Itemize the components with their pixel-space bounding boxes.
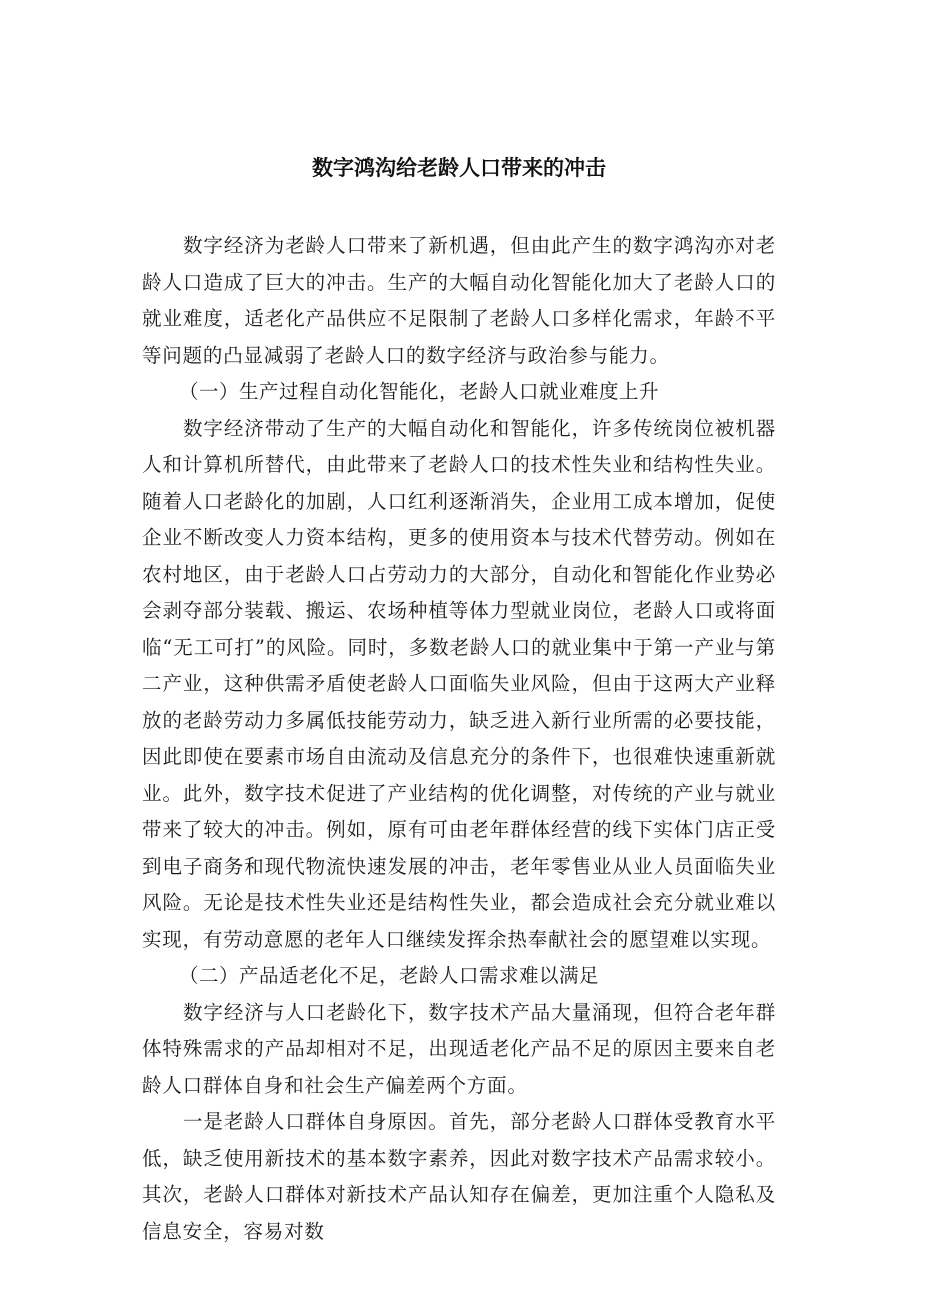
paragraph-elderly-reasons: 一是老龄人口群体自身原因。首先，部分老龄人口群体受教育水平低，缺乏使用新技术的基… [142,1104,776,1250]
paragraph-intro: 数字经济为老龄人口带来了新机遇，但由此产生的数字鸿沟亦对老龄人口造成了巨大的冲击… [142,228,776,374]
document-page: 数字鸿沟给老龄人口带来的冲击 数字经济为老龄人口带来了新机遇，但由此产生的数字鸿… [142,150,776,1250]
section-heading-2: （二）产品适老化不足，老龄人口需求难以满足 [142,958,776,995]
paragraph-products: 数字经济与人口老龄化下，数字技术产品大量涌现，但符合老年群体特殊需求的产品却相对… [142,995,776,1105]
section-heading-1: （一）生产过程自动化智能化，老龄人口就业难度上升 [142,374,776,411]
document-title: 数字鸿沟给老龄人口带来的冲击 [142,150,776,186]
paragraph-employment: 数字经济带动了生产的大幅自动化和智能化，许多传统岗位被机器人和计算机所替代，由此… [142,411,776,959]
